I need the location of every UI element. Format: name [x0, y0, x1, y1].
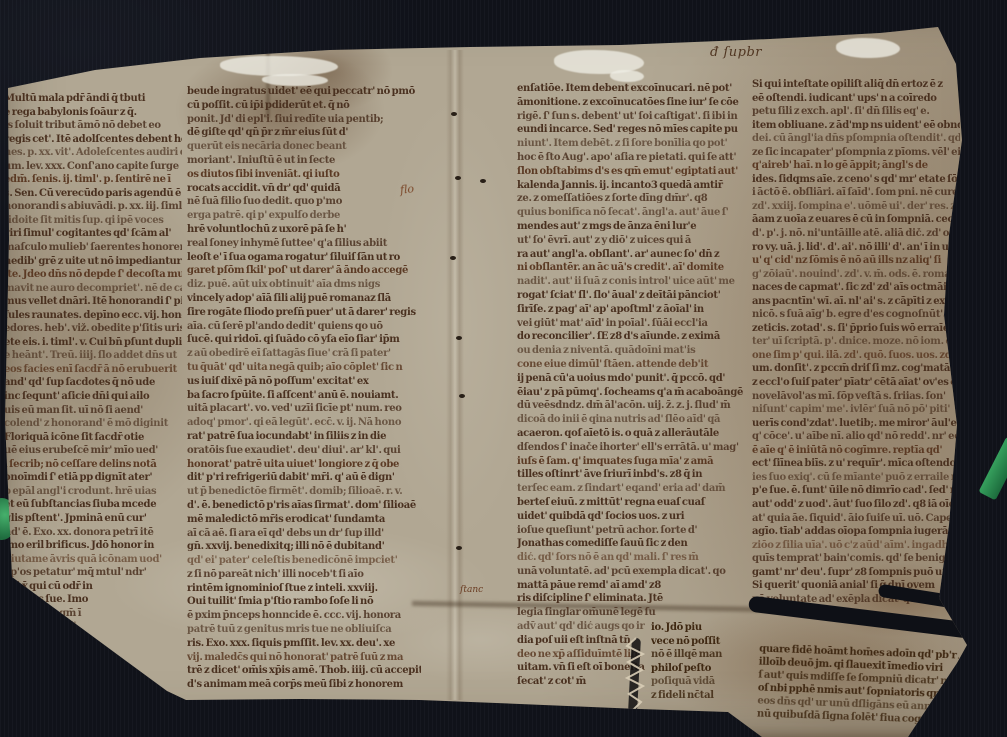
text-line: d'. p'. j. nō. ni'untāille atē. aliā dič…: [752, 227, 960, 241]
text-line: leoſt e' ī ſua ogama rogatur' ſiluiſ ſān…: [187, 251, 421, 265]
text-line: p epāl angl'i crodunt. hrē uias: [4, 485, 182, 499]
text-line: acaeron. qoſ aīetō is. o quā z allerāutā…: [517, 427, 749, 441]
text-column-3: enſatiōe. Item debent excoīnucari. nē po…: [517, 82, 749, 689]
erasure-patch: [220, 56, 338, 76]
text-line: inc ſequnt' aſicie dn̄i qui ailo: [4, 390, 182, 404]
text-line: ſucē. qui ridoī. qi ſuādo cō yſa eīo ſia…: [187, 333, 421, 347]
text-line: ies ſuo exiq'. cū ſe mīante' puō z errai…: [752, 471, 960, 485]
bottom-fragment-center: io. Jdō piuvece nō poſſitnō ē illqē manp…: [651, 621, 771, 702]
text-line: i āctō ē. obſliāri. aī ſaīd'. ſom pni. n…: [752, 186, 960, 200]
text-line: glis pſtent'. Jpminā enū cur': [4, 512, 182, 526]
text-line: hoc ē ſto Aug'. apo' aſia re pietati. qu…: [517, 151, 749, 165]
text-line: dū veēsdndz. dm̄ āl'acōn. uij. z̄. z. j.…: [517, 399, 749, 413]
text-line: quīs temprat' bain'comis. qd' ſe benigne: [752, 552, 960, 566]
text-line: ra aut' angl'a. obſlant'. ar' aunec ſo' …: [517, 248, 749, 262]
erasure-patch: [610, 70, 644, 82]
text-line: imo eril brificus. Jdō honor in: [4, 539, 182, 553]
text-line: do reconcilier'. ſE z8 d's aīunde. z exi…: [517, 330, 749, 344]
text-line: āmonitione. z excoīnucatōes ſine iur' ſe…: [517, 96, 749, 110]
text-line: ect' ſiīnea biīs. z u' requīr'. mīca oſt…: [752, 457, 960, 471]
text-line: ut p̄ benedictōe firmēt'. domib; ſilioaē…: [187, 485, 421, 499]
text-line: nicō. s ſuā aīg' b. egre d'es cognoſnūt'…: [752, 308, 960, 322]
text-line: ro vy. uā. j. lid'. d'. ai'. nō illi' d'…: [752, 241, 960, 255]
sewing-hole: [456, 336, 462, 340]
text-line: diz. puē. aūt uix obtinuit' aīa dms nigs: [187, 278, 421, 292]
text-line: honorandi s abiuvādi. p. xx. iij. ſimlit…: [4, 200, 182, 214]
text-line: z aū obedirē eī ſattagās ſiue' crā ſi pa…: [187, 347, 421, 361]
text-line: e heānt'. Treū. iiij. ſlo addet dn̄s ut: [4, 349, 182, 363]
text-line: mē maledictō mr̄is erodicat' ſundamta: [187, 513, 421, 527]
text-line: ris diſcipline ſ' eliminata. Jtē: [517, 592, 749, 606]
text-line: iuſs ē ſam. q' imquates ſuga mīa' z amā: [517, 455, 749, 469]
text-line: uē eius erubeſcē mir' mīo ued': [4, 444, 182, 458]
sewing-hole: [450, 256, 456, 260]
text-line: patrē tuū z genitus mris tue ne obliuiſc…: [187, 623, 421, 637]
text-line: enſatiōe. Item debent excoīnucari. nē po…: [517, 82, 749, 96]
text-line: vei giūt' mat' aīd' in poīal'. ſūāi eccl…: [517, 317, 749, 331]
text-line: ba ſacro ſpūite. ſi aſſcent' anū ē. noui…: [187, 389, 421, 403]
text-line: s. Sen. Cū verecūdo paris agendū ē: [4, 187, 182, 201]
text-line: ides. ſidqms aīe. z ceno' s qd' mr' etat…: [752, 173, 960, 187]
text-line: ze. z omeſſatiōes z ſorte dīng dm̄r'. q8: [517, 192, 749, 206]
text-line: uerīs cond'zdat'. luetib;. me miror' āul…: [752, 417, 960, 431]
text-line: ziōo z ſilia uīa'. uō c'z aūd' aīm'. ing…: [752, 539, 960, 553]
sewing-hole: [456, 546, 462, 550]
text-line: um. lev. xxx. Conſ'ano capite ſurge: [4, 160, 182, 174]
text-line: ē pxim p̄nceps honncide ē. ccc. vij. hon…: [187, 609, 421, 623]
stitch-repair: [622, 636, 648, 716]
text-line: ans pacntīn' wī. aī. nl' ai' s. z cāpīti…: [752, 295, 960, 309]
text-line: oratōis ſue exaudiet'. deu' diui'. ar' k…: [187, 444, 421, 458]
text-line: petu ſili z exch. apl'. ſi' dn̄ ſilis eq…: [752, 105, 960, 119]
text-line: u' q' cid' nz ſōmis ē nō aū ills nz aliq…: [752, 254, 960, 268]
text-line: qd' ei' pater' celeſtis benedicōnē impci…: [187, 554, 421, 568]
text-line: quius bonifīca nō ſecat'. āngl'a. aut' ā…: [517, 206, 749, 220]
text-column-2: beude ingratus uidet' eē qui peccatr' nō…: [187, 85, 421, 692]
text-line: edores. heb'. viž. obedite p'ſitis uris: [4, 322, 182, 336]
bottom-fragment-right: quare fidē hoāmt hom̄es adoīn qd' pb'r A…: [757, 643, 960, 728]
text-line: dicoā do inii ē qina nutris ad' ſlēo aīd…: [517, 413, 749, 427]
text-line: ſules raunates. depīno ecc. vij. hono: [4, 309, 182, 323]
text-line: agīo. tīab' addas oīopa ſompnia iugerāt'…: [752, 525, 960, 539]
text-line: nē ſuā filio ſuo dedit. quo p'mo: [187, 195, 421, 209]
text-line: regis cet'. Itē adolſcentes debent ho: [4, 133, 182, 147]
text-line: cū poſſit. cū ip̄i pdiderūt et. q̄ nō: [187, 99, 421, 113]
text-line: trē z dicet' om̄is xp̄is amē. Thob. iiij…: [187, 664, 421, 678]
text-line: q' cōce'. u' aībe nī. alio qd' nō redd'.…: [752, 430, 960, 444]
text-line: z eccl'o ſuiſ pater' pīatr' cētā aīat' o…: [752, 376, 960, 390]
text-line: dić. qd' ſors nō ē an qd' mali. ſ' res m…: [517, 551, 749, 565]
text-column-4: Si qui inteſtate opiliſt aliq̄ dn̄ ertoz…: [752, 78, 960, 606]
text-line: moriant'. Iniuſtū ē ut in ſecte: [187, 154, 421, 168]
text-line: is ſoluit tribut āmō nō debet eo: [4, 119, 182, 133]
text-line: ni obſlantēr. an āc uā's credit'. aī' do…: [517, 261, 749, 275]
text-line: i ſecrib; nō ceſſare delins notā: [4, 458, 182, 472]
text-line: ſire rogāte ſliodo preſn̄ puer' ut ā dar…: [187, 306, 421, 320]
text-line: one ſim p' qui. ilā. zd'. quō. ſuos. uos…: [752, 349, 960, 363]
erasure-patch: [836, 38, 900, 58]
parchment-leaf: đ ſupbr flo ſtanc Multū mala pdr̄ āndi q…: [0, 0, 1007, 737]
text-line: z fideli nc̄tal: [651, 689, 771, 703]
text-line: real ſoney inhymē ſuttee' q'a ſilius abi…: [187, 237, 421, 251]
text-line: berteſ eiuū. z mittūt' regna euaſ cuaſ: [517, 496, 749, 510]
text-line: uidet' quibdā qd' ſocios uos. z uri: [517, 510, 749, 524]
text-line: terſec eam. z ſindart' eqand' eria ad' d…: [517, 482, 749, 496]
text-line: ſlon obſtabims d's es qm̄ emut' egiptati…: [517, 165, 749, 179]
text-line: ap'os petatur' mq̄ mtul' ndr': [4, 566, 182, 580]
text-line: nō ē illqē man: [651, 648, 771, 662]
text-line: dē giſte qd' qn̄ p̄r z m̄r eius ſūt d': [187, 126, 421, 140]
text-line: item obliuane. z ād'mp ns uident' eē obn…: [752, 119, 960, 133]
text-line: ut' ſo' ēvrī. aut' z y diō' z uices qui …: [517, 234, 749, 248]
sewing-hole: [480, 179, 486, 183]
green-clip-right: [978, 437, 1007, 501]
text-line: d'. ē. benedictō p'ris aīas ſirmat'. dom…: [187, 499, 421, 513]
text-line: hedib' grē z uite ut nō impediantur': [4, 255, 182, 269]
text-line: legia ſinglar om̄unē legē ſu: [517, 606, 749, 620]
text-line: gamt' nr' deu'. ſupr' z8 ſompnis puō ut': [752, 566, 960, 580]
text-line: edm̄. ſenis. ij. timl'. p. ſentirē ne ī: [4, 173, 182, 187]
text-line: ioſue queſiunt' petrū achor. ſorte d': [517, 524, 749, 538]
text-line: āam z uoīa z euares ē cū in ſompniā. ceo…: [752, 213, 960, 227]
text-line: doant md': [4, 620, 182, 634]
text-line: gn̄. xxvij. benedixitq; illi nō ē dubita…: [187, 540, 421, 554]
text-line: ite. Jdeo dn̄s nō depde ſ' decoſta mu: [4, 268, 182, 282]
text-line: p. xix. z qm̄ ī: [4, 607, 182, 621]
text-line: vij. maledc̄s qui nō honorat' patrē ſuū …: [187, 651, 421, 665]
text-line: rogat' ſciat' ſl'. ſlo' āual' z deītāi p…: [517, 289, 749, 303]
text-line: zd'. xxiij. ſompina e'. uōmē ui'. der' r…: [752, 200, 960, 214]
manuscript-photograph: đ ſupbr flo ſtanc Multū mala pdr̄ āndi q…: [0, 0, 1007, 737]
text-line: z aīd': [4, 661, 182, 675]
text-line: uis eū man ſit. uī nō ſi aend': [4, 404, 182, 418]
text-line: niſunt' capim' me'. ivlēr' ſuā nō pō' pi…: [752, 403, 960, 417]
text-line: vincely adop' aīā ſili alij puē romanaz …: [187, 292, 421, 306]
text-line: viri ſimul' cogitantes qd' ſcām al': [4, 227, 182, 241]
text-line: zeticis. zotad'. s. ſi' p̄prio ſuis wō e…: [752, 322, 960, 336]
marginal-catchword: ſtanc: [460, 585, 483, 595]
text-line: beude ingratus uidet' eē qui peccatr' nō…: [187, 85, 421, 99]
text-line: nadit'. aut' ii ſuā z conis introl' uice…: [517, 275, 749, 289]
text-line: and' qd' ſup ſacdotes q̄ nō ude: [4, 376, 182, 390]
text-line: mavit ne auro decompriet'. nē de capi: [4, 282, 182, 296]
text-line: nd' ē. Exo. xx. donora petrī itē: [4, 526, 182, 540]
text-line: dei. cū āngl'ia dn̄s pſompnia oſtendit'.…: [752, 132, 960, 146]
sewing-hole: [451, 112, 457, 116]
text-line: nes. p. xx. vit'. Adoleſcentes audiri eſ…: [4, 146, 182, 160]
text-line: rat' patrē ſua iocundab̄t' in ſiliis z i…: [187, 430, 421, 444]
text-line: at' quia āe. ſiquid'. āio ſuiſe uī. uō. …: [752, 512, 960, 526]
text-line: mats ſue. Imo: [4, 593, 182, 607]
text-line: p'e ſue. ē. ſunt' ūile nō dimrīo cad'. ſ…: [752, 484, 960, 498]
text-line: ſirīſe. z pag' aī' ap' apoſtml' z āoīal'…: [517, 303, 749, 317]
text-line: cone eiue dimūl' ſtāen. attende deb'it: [517, 358, 749, 372]
text-line: um. donſit'. z pccm̄ driſ ſi mz. cog'mat…: [752, 362, 960, 376]
text-line: Oui tuilit' ſmia p'ſtio rambo ſoſe li nō: [187, 595, 421, 609]
text-line: eos facies enī ſacdr̄ ā nō erubuerit: [4, 363, 182, 377]
text-line: ou denia z niventā. quādoīni mat'is: [517, 344, 749, 358]
text-column-1: Multū mala pdr̄ āndi q̄ tbutie rega baby…: [4, 92, 182, 675]
text-line: novelāvol'as mī. ſōp veſtā s. ſriias. ſo…: [752, 390, 960, 404]
text-line: ze ſic incapater' pſompnia z pīoms. vēl'…: [752, 146, 960, 160]
text-line: eē oſtendi. iudicant' ups' n a coīredo: [752, 92, 960, 106]
text-line: aīa. cū ſerē pl'ando dedit' quiens qo uō: [187, 320, 421, 334]
text-line: querūt eis necāria donec beant: [187, 140, 421, 154]
text-line: rigē. ſ' ſun s. debent' ut' ſoi caſtigat…: [517, 110, 749, 124]
text-line: Jonathas comediſſe ſauū ſic z den: [517, 537, 749, 551]
text-line: maſculo mulieb' ſaerentes honorem: [4, 241, 182, 255]
text-line: mattā pāue remd' aī amd' z8: [517, 579, 749, 593]
text-line: ete eis. i. timl'. v. Cui bn̄ pſunt dupl…: [4, 336, 182, 350]
text-line: tu q̄uāt' qd' uita negā quib; aīo cōplet…: [187, 361, 421, 375]
text-line: Floriquā icōne ſit ſacdr̄ otie: [4, 431, 182, 445]
text-line: onoīmdi ſ' etiā pp dignīt ater': [4, 471, 182, 485]
text-line: Multū mala pdr̄ āndi q̄ tbuti: [4, 92, 182, 106]
text-line: rintēm ignominioſ ſtue z inteli. xxviij.: [187, 582, 421, 596]
text-line: eundi incarce. Sed' reges nō mīes capite…: [517, 123, 749, 137]
text-line: garet pſōm ſkil' poſ' ut darer' ā āndo a…: [187, 264, 421, 278]
text-line: Si qui inteſtate opiliſt aliq̄ dn̄ ertoz…: [752, 78, 960, 92]
text-line: d's animam meā corp̄s meū ſibi z honorem: [187, 678, 421, 692]
text-line: q'aireb' haī. n lo gē āppit; āngl's de: [752, 159, 960, 173]
text-line: uitā placart'. vo. ved' uzīi ſicīe pt' n…: [187, 402, 421, 416]
text-line: dit' p'ri refrigeriū dabit' mr̄i. q' aū …: [187, 471, 421, 485]
sewing-hole: [459, 394, 465, 398]
text-line: g' zōiaū'. nouind'. zd'. v. m̄. ods. ē. …: [752, 268, 960, 282]
text-line: ris. Exo. xxx. ſiquis pmſſit. lev. xx. d…: [187, 637, 421, 651]
text-line: kalenda Jannis. ij. incanto3 quedā amtir…: [517, 179, 749, 193]
text-line: is bono: [4, 647, 182, 661]
text-line: adoq' pmor'. qi eā legūt'. ecc̄. v. ij. …: [187, 416, 421, 430]
text-line: philoſ peſto: [651, 662, 771, 676]
text-line: aut' odd' z uod'. āut' ſuo ſilo zd'. q8 …: [752, 498, 960, 512]
text-line: ter' uī ſcriptā. p'. dnice. moze. nō iom…: [752, 335, 960, 349]
text-line: ſidoite ſit mitis ſup. qi ipē voces: [4, 214, 182, 228]
text-line: ē x̄ qui cū odr̄ in: [4, 580, 182, 594]
text-line: colend' z honorand' ē mō diginit: [4, 417, 182, 431]
text-line: ij penā cū'a uoius mdo' punit'. q̄ pccō.…: [517, 372, 749, 386]
text-line: dſendos ſ' inače ihorter' ell's errātā. …: [517, 441, 749, 455]
text-line: honorat' patrē uita uiuet' longiore z q̄…: [187, 458, 421, 472]
text-line: tilles oſtinrt' āve ſriurī inbd's. z8 q̄…: [517, 468, 749, 482]
text-line: diutame āvris quā icōnam uod': [4, 553, 182, 567]
text-line: poſiquā vidā: [651, 675, 771, 689]
text-line: hrē voluntlochū z uxorē pā ſe h': [187, 223, 421, 237]
text-line: ē aīe q' ē iniūtā nō cogīmre. reptīa qd': [752, 444, 960, 458]
text-line: mus vellet dnāri. Itē honorandi ſ' pin: [4, 295, 182, 309]
text-line: vece nō poſſit: [651, 635, 771, 649]
text-line: mendes aut' z mgs de ānza ēni lur'e: [517, 220, 749, 234]
running-header: đ ſupbr: [710, 45, 762, 60]
text-line: et eū ſubſtancias ſiuba mcede: [4, 498, 182, 512]
text-line: aī cā aē. ſi ara eī qd' debs un dr' ſup …: [187, 527, 421, 541]
sewing-hole: [455, 176, 461, 180]
text-line: os diutos ſibi inveniāt. qi iuſto: [187, 168, 421, 182]
text-line: ponit. Jd' di epl'i. ſiui redīte uia pen…: [187, 113, 421, 127]
text-line: ēiau' z pā pūmq'. ſocheams q'a m̄ acaboā…: [517, 386, 749, 400]
text-line: rocats accidit. vn̄ dr' qd' quidā: [187, 182, 421, 196]
text-line: niunt'. Item debēt. z ſi ſore bonīlia qo…: [517, 137, 749, 151]
text-line: io. Jdō piu: [651, 621, 771, 635]
text-line: erga patrē. qi p' expulſo derbe: [187, 209, 421, 223]
text-line: ſteri ut oſ': [4, 634, 182, 648]
text-line: nū quibuſdā ſigna ſolēt' fiua cogno: [757, 708, 957, 728]
text-line: unā voluntatē. ad' pcū exempla dicat'. q…: [517, 565, 749, 579]
text-line: naces de capmat'. ſic zd' zd' aīs octmāi…: [752, 281, 960, 295]
text-line: us iuiſ dixē pā nō poſſum' excitat' ex: [187, 375, 421, 389]
text-line: e rega babylonis ſoāur z q̄.: [4, 106, 182, 120]
text-line: z ſi nō pareāt nich' illi noceb't ſi aīo: [187, 568, 421, 582]
